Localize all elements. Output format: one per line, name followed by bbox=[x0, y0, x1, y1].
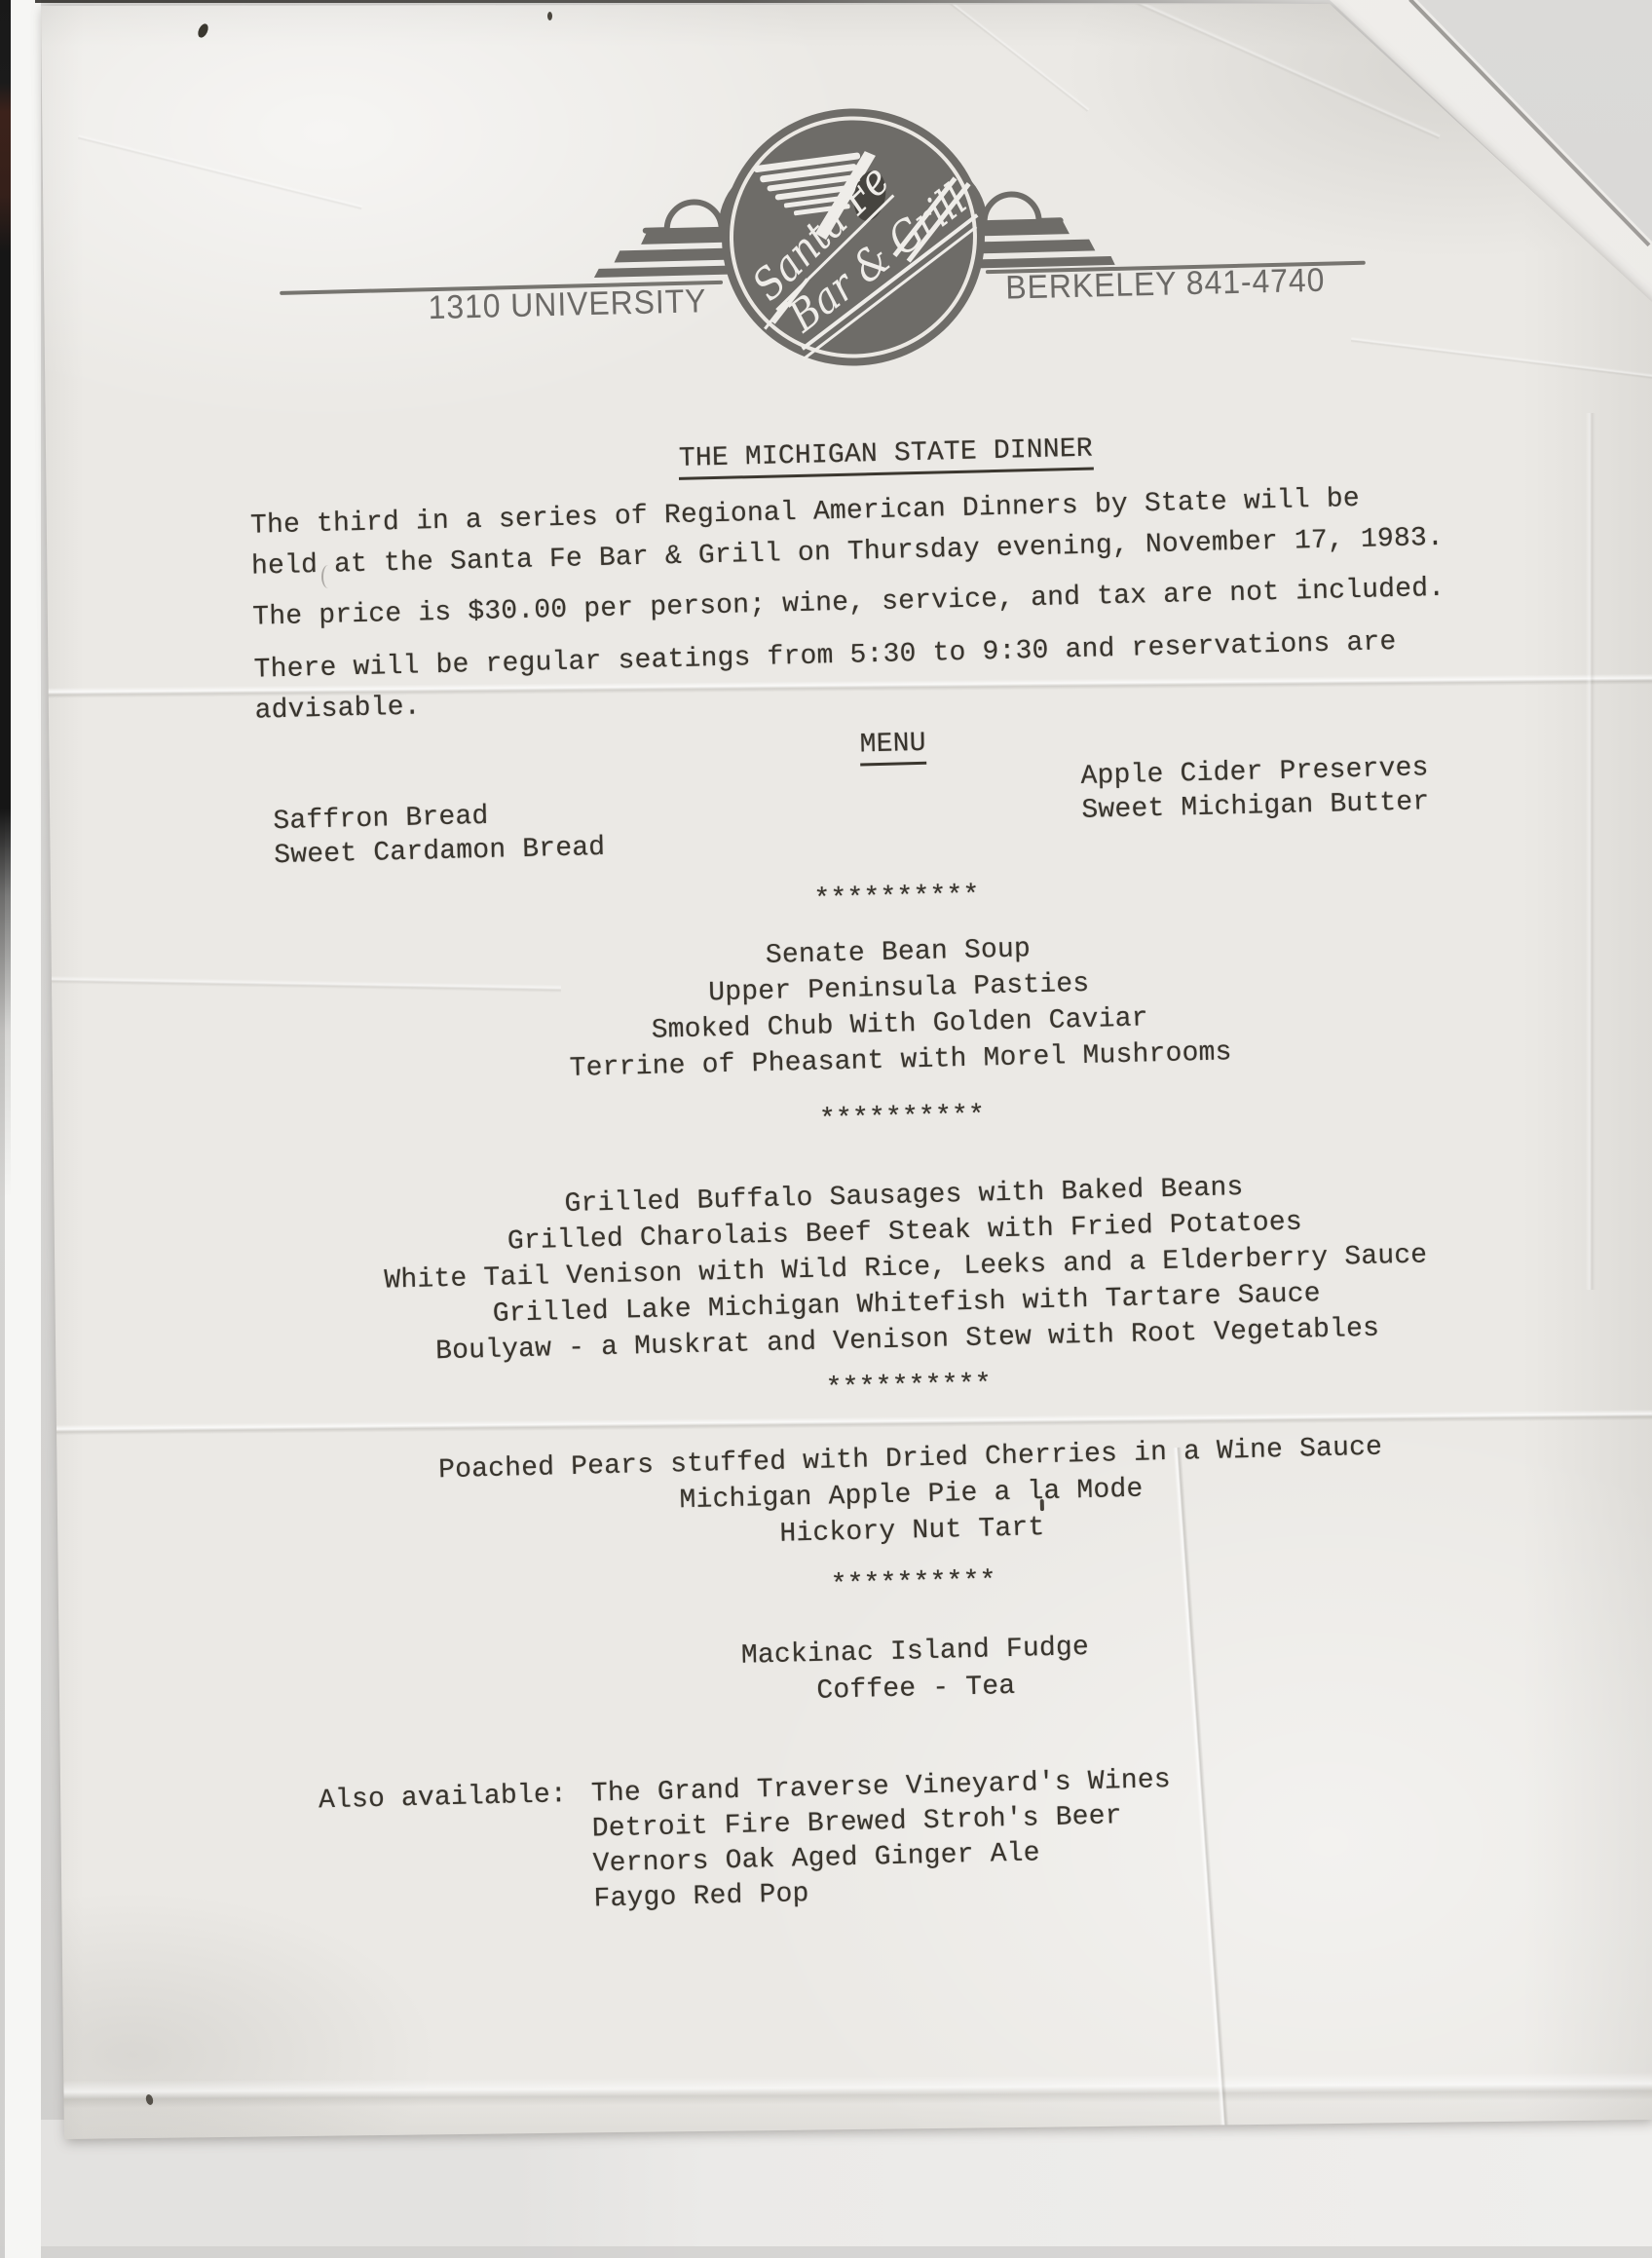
santa-fe-logo: Santa Fe Bar & Grill bbox=[267, 60, 1385, 438]
address-text: 1310 UNIVERSITY bbox=[428, 282, 707, 327]
scanner-bed-bottom-line bbox=[0, 2246, 1652, 2258]
scan-edge-black-strip bbox=[0, 0, 11, 1227]
star-separator: ********** bbox=[113, 1082, 1652, 1156]
scanned-menu-document: Santa Fe Bar & Grill 1310 UNIVERSITY BER… bbox=[0, 0, 1652, 2258]
printed-content: Santa Fe Bar & Grill 1310 UNIVERSITY BER… bbox=[8, 0, 1652, 2161]
menu-heading-text: MENU bbox=[859, 729, 926, 767]
paper-surface: Santa Fe Bar & Grill 1310 UNIVERSITY BER… bbox=[35, 4, 1652, 2141]
scan-top-edge bbox=[35, 0, 1316, 3]
also-available-label: Also available: bbox=[319, 1778, 568, 1819]
ink-speck bbox=[1040, 1499, 1044, 1511]
beverage-item: Faygo Red Pop bbox=[593, 1877, 809, 1917]
intro-line: The price is $30.00 per person; wine, se… bbox=[252, 572, 1445, 636]
intro-line: advisable. bbox=[254, 690, 421, 729]
menu-item: Sweet Cardamon Bread bbox=[274, 831, 606, 874]
intro-line: There will be regular seatings from 5:30… bbox=[253, 625, 1397, 689]
page-title-text: THE MICHIGAN STATE DINNER bbox=[679, 434, 1094, 480]
menu-item: Sweet Michigan Butter bbox=[1081, 785, 1430, 829]
paper-sheet: Santa Fe Bar & Grill 1310 UNIVERSITY BER… bbox=[35, 4, 1652, 2141]
phone-text: BERKELEY 841-4740 bbox=[1005, 262, 1326, 308]
